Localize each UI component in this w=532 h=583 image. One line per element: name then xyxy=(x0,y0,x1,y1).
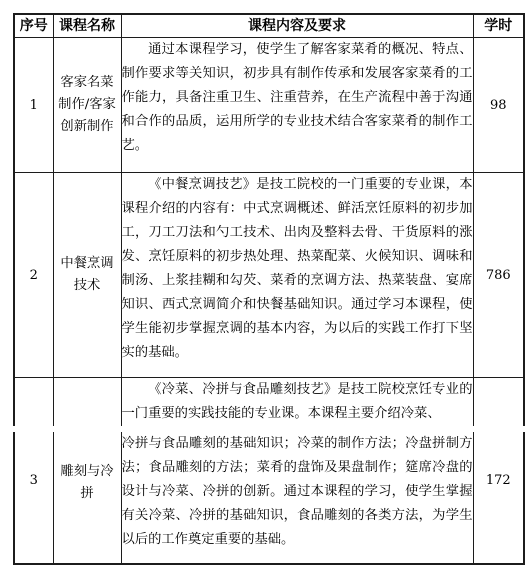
course-1-content: 通过本课程学习，使学生了解客家菜肴的概况、特点、制作要求等关知识，初步具有制作传… xyxy=(121,38,473,173)
course-3-content-part-1-text: 《冷菜、冷拼与食品雕刻技艺》是技工院校烹饪专业的一门重要的实践技能的专业课。本课… xyxy=(122,378,473,426)
course-1-number: 1 xyxy=(14,38,53,173)
course-3-hours-empty-cell xyxy=(473,378,524,427)
course-3-hours: 172 xyxy=(473,432,524,564)
course-table-lower-fragment: 3 雕刻与冷拼 冷拼与食品雕刻的基础知识；冷菜的制作方法；冷盘拼制方法；食品雕刻… xyxy=(13,432,525,565)
column-header-number: 序号 xyxy=(14,14,53,38)
course-2-name: 中餐烹调技术 xyxy=(53,173,121,378)
document-page: 序号 课程名称 课程内容及要求 学时 1 客家名菜制作/客家创新制作 通过本课程… xyxy=(0,0,532,583)
column-header-content: 课程内容及要求 xyxy=(121,14,473,38)
table-row-course-3-upper-part: 《冷菜、冷拼与食品雕刻技艺》是技工院校烹饪专业的一门重要的实践技能的专业课。本课… xyxy=(14,378,524,427)
course-3-content-part-1: 《冷菜、冷拼与食品雕刻技艺》是技工院校烹饪专业的一门重要的实践技能的专业课。本课… xyxy=(121,378,473,427)
table-header-row: 序号 课程名称 课程内容及要求 学时 xyxy=(14,14,524,38)
course-1-hours: 98 xyxy=(473,38,524,173)
course-2-number: 2 xyxy=(14,173,53,378)
course-3-content-part-2: 冷拼与食品雕刻的基础知识；冷菜的制作方法；冷盘拼制方法；食品雕刻的方法；菜肴的盘… xyxy=(121,432,473,564)
course-1-name: 客家名菜制作/客家创新制作 xyxy=(53,38,121,173)
course-1-name-text: 客家名菜制作/客家创新制作 xyxy=(58,72,116,138)
course-2-name-text: 中餐烹调技术 xyxy=(58,253,116,297)
course-3-name: 雕刻与冷拼 xyxy=(53,432,121,564)
course-1-content-text: 通过本课程学习，使学生了解客家菜肴的概况、特点、制作要求等关知识，初步具有制作传… xyxy=(122,38,473,158)
table-row-course-3-lower-part: 3 雕刻与冷拼 冷拼与食品雕刻的基础知识；冷菜的制作方法；冷盘拼制方法；食品雕刻… xyxy=(14,432,524,564)
course-3-number: 3 xyxy=(14,432,53,564)
table-row-course-2: 2 中餐烹调技术 《中餐烹调技艺》是技工院校的一门重要的专业课，本课程介绍的内容… xyxy=(14,173,524,378)
course-2-content: 《中餐烹调技艺》是技工院校的一门重要的专业课，本课程介绍的内容有：中式烹调概述、… xyxy=(121,173,473,378)
course-table-upper-fragment: 序号 课程名称 课程内容及要求 学时 1 客家名菜制作/客家创新制作 通过本课程… xyxy=(13,13,525,426)
course-2-hours: 786 xyxy=(473,173,524,378)
course-3-name-empty-cell xyxy=(53,378,121,427)
course-3-content-part-2-text: 冷拼与食品雕刻的基础知识；冷菜的制作方法；冷盘拼制方法；食品雕刻的方法；菜肴的盘… xyxy=(122,432,473,552)
course-3-name-text: 雕刻与冷拼 xyxy=(58,461,116,505)
table-row-course-1: 1 客家名菜制作/客家创新制作 通过本课程学习，使学生了解客家菜肴的概况、特点、… xyxy=(14,38,524,173)
course-2-content-text: 《中餐烹调技艺》是技工院校的一门重要的专业课，本课程介绍的内容有：中式烹调概述、… xyxy=(122,173,473,365)
column-header-course-name: 课程名称 xyxy=(53,14,121,38)
course-3-number-empty-cell xyxy=(14,378,53,427)
column-header-hours: 学时 xyxy=(473,14,524,38)
